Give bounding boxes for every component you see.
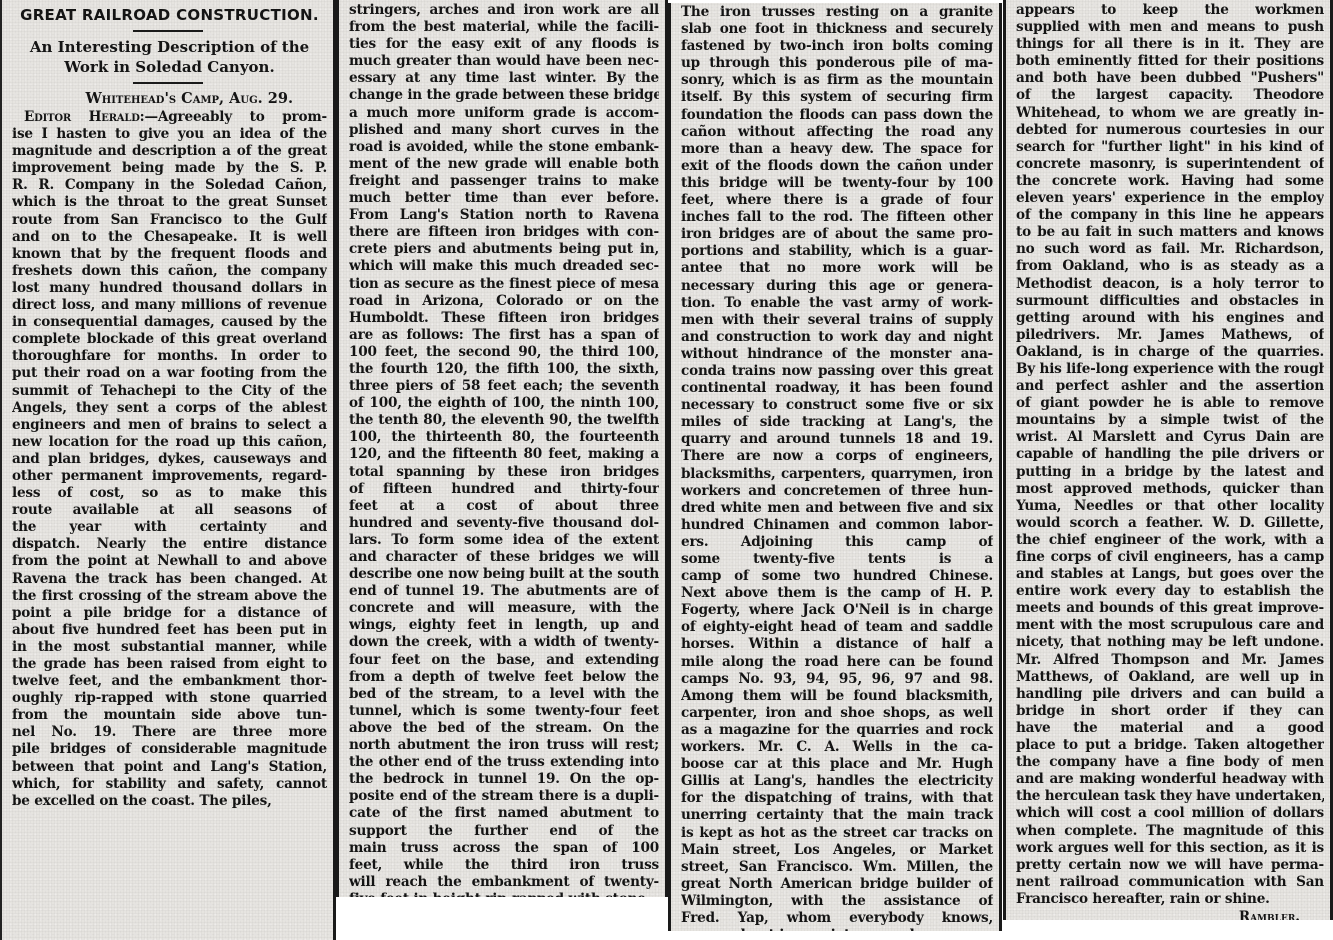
text-line: supplied with men and means to push: [1016, 19, 1324, 36]
text-line: be excelled on the coast. The piles,: [12, 793, 327, 810]
text-line: ise I hasten to give you an idea of the: [12, 126, 327, 143]
text-line: workers and concretemen of three hun-: [681, 483, 993, 500]
text-line: up through this ponderous pile of ma-: [681, 55, 993, 72]
text-line: much greater than would have been nec-: [349, 53, 659, 70]
text-line: this bridge will be twenty-four by 100: [681, 175, 993, 192]
text-line: nicety, that nothing may be left undone.: [1016, 634, 1324, 651]
text-line: which, for stability and safety, cannot: [12, 776, 327, 793]
text-line: oughly rip-rapped with stone quarried: [12, 690, 327, 707]
text-line: freshets down this cañon, the company: [12, 263, 327, 280]
text-line: three piers of 58 feet each; the seventh: [349, 378, 659, 395]
text-line: the other end of the truss extending int…: [349, 754, 659, 771]
column-1-text: Editor Herald:—Agreeably to prom- ise I …: [2, 109, 333, 810]
text-line: Fogerty, where Jack O'Neil is in charge: [681, 602, 993, 619]
text-line: hundred Chinamen and common labor-: [681, 517, 993, 534]
text-line: from the mountain side above tun-: [12, 707, 327, 724]
text-line: moves about in a quiet way and: [681, 927, 993, 931]
text-line: sonry, which is as firm as the mountain: [681, 72, 993, 89]
column-3-text: The iron trusses resting on a granitesla…: [671, 3, 999, 931]
text-line: lars. To form some idea of the extent: [349, 532, 659, 549]
text-line: work argues well for this section, as it…: [1016, 840, 1324, 857]
text-line: getting around with his engines and: [1016, 310, 1324, 327]
text-line: would scorch a feather. W. D. Gillette,: [1016, 515, 1324, 532]
text-line: Gillis at Lang's, handles the electricit…: [681, 773, 993, 790]
text-line: There are now a corps of engineers,: [681, 448, 993, 465]
text-line: engineers and men of brains to select a: [12, 417, 327, 434]
text-line: entire work every day to establish the: [1016, 583, 1324, 600]
text-line: a much more uniform grade is accom-: [349, 105, 659, 122]
text-line: putting in a bridge by the latest and: [1016, 464, 1324, 481]
text-line: complete blockade of this great overland: [12, 331, 327, 348]
text-line: stringers, arches and iron work are all: [349, 2, 659, 19]
text-line: tunnel, which is some twenty-four feet: [349, 703, 659, 720]
text-line: From Lang's Station north to Ravena: [349, 207, 659, 224]
text-line: pile bridges of considerable magnitude: [12, 741, 327, 758]
subheadline-line-1: An Interesting Description of the: [12, 37, 327, 57]
text-line: street, San Francisco. Wm. Millen, the: [681, 859, 993, 876]
text-line: main truss across the span of 100: [349, 840, 659, 857]
text-line: road in Arizona, Colorado or on the: [349, 293, 659, 310]
article-column-1: GREAT RAILROAD CONSTRUCTION. An Interest…: [0, 0, 336, 940]
text-line: in the most substantial manner, while: [12, 639, 327, 656]
text-line: have the material and a good: [1016, 720, 1324, 737]
text-line: about five hundred feet has been put in: [12, 622, 327, 639]
text-line: The iron trusses resting on a granite: [681, 4, 993, 21]
text-line: which is the throat to the great Sunset: [12, 194, 327, 211]
text-line: unerring certainty that the main track: [681, 807, 993, 824]
text-line: summit of Tehachepi to the City of the: [12, 383, 327, 400]
text-line: iron bridges are of about the same pro-: [681, 226, 993, 243]
text-line: nel No. 19. There are three more: [12, 724, 327, 741]
text-line: surmount difficulties and obstacles in: [1016, 293, 1324, 310]
text-line: known that by the frequent floods and: [12, 246, 327, 263]
text-line: twelve feet, and the embankment thor-: [12, 673, 327, 690]
text-line: from a depth of twelve feet below the: [349, 669, 659, 686]
subheadline-divider: [133, 82, 203, 84]
text-line: from Oakland, who is as steady as a: [1016, 258, 1324, 275]
text-line: men with their several trains of supply: [681, 312, 993, 329]
text-line: end of tunnel 19. The abutments are of: [349, 583, 659, 600]
text-line: and perfect ashler and the assertion: [1016, 378, 1324, 395]
text-line: some twenty-five tents is a: [681, 551, 993, 568]
text-line: ers. Adjoining this camp of: [681, 534, 993, 551]
text-line: of giant powder he is able to remove: [1016, 395, 1324, 412]
text-line: as a magazine for the quarries and rock: [681, 722, 993, 739]
text-line: necessary during this age or genera-: [681, 278, 993, 295]
text-line: portions and stability, which is a guar-: [681, 243, 993, 260]
text-line: Main street, Los Angeles, or Market: [681, 842, 993, 859]
text-line: R. R. Company in the Soledad Cañon,: [12, 177, 327, 194]
text-line: more than a heavy dew. The space for: [681, 141, 993, 158]
text-line: Editor Herald:—Agreeably to prom-: [12, 109, 327, 126]
text-line: bridge in short order if they can: [1016, 703, 1324, 720]
text-line: describe one now being built at the sout…: [349, 566, 659, 583]
text-line: the year with certainty and: [12, 519, 327, 536]
text-line: point a pile bridge for a distance of: [12, 605, 327, 622]
column-2-text: stringers, arches and iron work are allf…: [339, 0, 665, 897]
text-line: north abutment the iron truss will rest;: [349, 737, 659, 754]
text-line: are as follows: The first has a span of: [349, 327, 659, 344]
text-line: and are making wonderful headway with: [1016, 771, 1324, 788]
text-line: Methodist deacon, is a holy terror to: [1016, 276, 1324, 293]
text-line: appears to keep the workmen: [1016, 2, 1324, 19]
text-line: blacksmiths, carpenters, quarrymen, iron: [681, 466, 993, 483]
text-line: dispatch. Nearly the entire distance: [12, 536, 327, 553]
text-line: horses. Within a distance of half a: [681, 636, 993, 653]
text-line: the chief engineer of the work, with a: [1016, 532, 1324, 549]
text-line: to be au fait in such matters and knows: [1016, 224, 1324, 241]
text-line: for the dispatching of trains, with that: [681, 790, 993, 807]
text-line: and on to the Chesapeake. It is well: [12, 229, 327, 246]
text-line: total spanning by these iron bridges: [349, 464, 659, 481]
text-line: concrete and will measure, with the: [349, 600, 659, 617]
text-line: put their road on a war footing from the: [12, 365, 327, 382]
text-line: slab one foot in thickness and securely: [681, 21, 993, 38]
text-line: 120, and the fifteenth 80 feet, making a: [349, 446, 659, 463]
text-line: fastened by two-inch iron bolts coming: [681, 38, 993, 55]
text-line: five feet in height rip-rapped with ston…: [349, 891, 659, 897]
text-line: search for "further light" in his kind o…: [1016, 139, 1324, 156]
text-line: is kept as hot as the street car tracks …: [681, 825, 993, 842]
text-line: when complete. The magnitude of this: [1016, 823, 1324, 840]
text-line: the fourth 120, the fifth 100, the sixth…: [349, 361, 659, 378]
text-line: support the further end of the: [349, 823, 659, 840]
text-line: Mr. Alfred Thompson and Mr. James: [1016, 652, 1324, 669]
text-line: exit of the floods down the cañon under: [681, 158, 993, 175]
text-line: foundation the floods can pass down the: [681, 107, 993, 124]
text-line: Humboldt. These fifteen iron bridges: [349, 310, 659, 327]
text-line: tion. To enable the vast army of work-: [681, 295, 993, 312]
text-line: carpenter, iron and shoe shops, as well: [681, 705, 993, 722]
text-line: concrete masonry, is superintendent of: [1016, 156, 1324, 173]
text-line: workers. Mr. C. A. Wells in the ca-: [681, 739, 993, 756]
text-line: feet at a cost of about three: [349, 498, 659, 515]
text-line: meets and bounds of this great improve-: [1016, 600, 1324, 617]
text-line: between that point and Lang's Station,: [12, 759, 327, 776]
text-line: much better time than ever before.: [349, 190, 659, 207]
text-line: hundred and seventy-five thousand dol-: [349, 515, 659, 532]
text-line: great North American bridge builder of: [681, 876, 993, 893]
text-line: capable of handling the pile drivers or: [1016, 446, 1324, 463]
text-line: fine corps of civil engineers, has a cam…: [1016, 549, 1324, 566]
article-headline: GREAT RAILROAD CONSTRUCTION.: [12, 0, 327, 24]
text-line: freight and passenger trains to make: [349, 173, 659, 190]
text-line: Fred. Yap, whom everybody knows,: [681, 910, 993, 927]
text-line: camp of some two hundred Chinese.: [681, 568, 993, 585]
dateline: Whitehead's Camp, Aug. 29.: [2, 89, 333, 109]
text-line: Matthews, of Oakland, are well up in: [1016, 669, 1324, 686]
text-line: the concrete work. Having had some: [1016, 173, 1324, 190]
text-line: new location for the road up this cañon,: [12, 434, 327, 451]
text-line: posite end of the stream there is a dupl…: [349, 788, 659, 805]
text-line: in consequential damages, caused by the: [12, 314, 327, 331]
article-column-3: The iron trusses resting on a granitesla…: [668, 3, 1002, 931]
text-line: lost many hundred thousand dollars in: [12, 280, 327, 297]
article-column-4: appears to keep the workmensupplied with…: [1003, 0, 1333, 920]
text-line: continental roadway, it has been found: [681, 380, 993, 397]
text-line: plished and many short curves in the: [349, 122, 659, 139]
text-line: place to put a bridge. Taken altogether: [1016, 737, 1324, 754]
text-line: pretty certain now we will have perma-: [1016, 857, 1324, 874]
text-line: cañon without affecting the road any: [681, 124, 993, 141]
text-line: Whitehead, to whom we are greatly in-: [1016, 105, 1324, 122]
text-line: feet, where there is a grade of four: [681, 192, 993, 209]
text-line: and stables at Langs, but goes over the: [1016, 566, 1324, 583]
text-line: both eminently fitted for their position…: [1016, 53, 1324, 70]
text-line: ment of the new grade will enable both: [349, 156, 659, 173]
text-line: route available at all seasons of: [12, 502, 327, 519]
text-line: will reach the embankment of twenty-: [349, 874, 659, 891]
article-signature: Rambler.: [1006, 908, 1330, 920]
text-line: Yuma, Needles or that other locality: [1016, 498, 1324, 515]
text-line: camps No. 93, 94, 95, 96, 97 and 98.: [681, 671, 993, 688]
text-line: magnitude and description a of the great: [12, 143, 327, 160]
text-line: improvement being made by the S. P.: [12, 160, 327, 177]
text-line: the herculean task they have undertaken,: [1016, 788, 1324, 805]
text-line: there are fifteen iron bridges with con-: [349, 224, 659, 241]
text-line: the company have a fine body of men: [1016, 754, 1324, 771]
text-line: road is avoided, while the stone embank-: [349, 139, 659, 156]
text-line: Francisco hereafter, rain or shine.: [1016, 891, 1324, 908]
salutation: Editor Herald:: [24, 109, 144, 125]
text-line: quarry and around tunnels 18 and 19.: [681, 431, 993, 448]
text-line: Oakland, is in charge of the quarries.: [1016, 344, 1324, 361]
text-line: essary at any time last winter. By the: [349, 70, 659, 87]
text-line: bed of the stream, to a level with the: [349, 686, 659, 703]
column-4-text: appears to keep the workmensupplied with…: [1006, 0, 1330, 908]
text-line: down the creek, with a width of twenty-: [349, 634, 659, 651]
text-line: handling pile drivers and can build a: [1016, 686, 1324, 703]
text-line: wrist. Al Marslett and Cyrus Dain are: [1016, 429, 1324, 446]
text-line: direct loss, and many millions of revenu…: [12, 297, 327, 314]
text-line: without hindrance of the monster ana-: [681, 346, 993, 363]
text-line: feet, while the third iron truss: [349, 857, 659, 874]
text-line: of fifteen hundred and thirty-four: [349, 481, 659, 498]
text-line: the tenth 80, the eleventh 90, the twelf…: [349, 412, 659, 429]
text-line: which will cost a cool million of dollar…: [1016, 805, 1324, 822]
text-line: mountains by a simple twist of the: [1016, 412, 1324, 429]
text-line: other permanent improvements, regard-: [12, 468, 327, 485]
text-line: four feet on the base, and extending: [349, 652, 659, 669]
text-line: which will make this much dreaded sec-: [349, 258, 659, 275]
text-line: boose car at this place and Mr. Hugh: [681, 756, 993, 773]
text-line: route from San Francisco to the Gulf: [12, 212, 327, 229]
headline-divider: [133, 30, 203, 32]
text-line: most approved methods, quicker than: [1016, 481, 1324, 498]
article-column-2: stringers, arches and iron work are allf…: [336, 0, 668, 897]
text-line: 100, the thirteenth 80, the fourteenth: [349, 429, 659, 446]
text-line: and character of these bridges we will: [349, 549, 659, 566]
text-line: itself. By this system of securing firm: [681, 89, 993, 106]
text-line: antee that no more work will be: [681, 260, 993, 277]
text-line: eleven years' experience in the employ: [1016, 190, 1324, 207]
text-line: and plan bridges, dykes, causeways and: [12, 451, 327, 468]
text-line: By his life-long experience with the rou…: [1016, 361, 1324, 378]
text-line: the bedrock in tunnel 19. On the op-: [349, 771, 659, 788]
text-line: conda trains now passing over this great: [681, 363, 993, 380]
text-line: Among them will be found blacksmith,: [681, 688, 993, 705]
text-line: things for all there is in it. They are: [1016, 36, 1324, 53]
text-line: the first crossing of the stream above t…: [12, 588, 327, 605]
text-line: Ravena the track has been changed. At: [12, 571, 327, 588]
text-line: and construction to work day and night: [681, 329, 993, 346]
text-line: necessary to construct some five or six: [681, 397, 993, 414]
text-line: Wilmington, with the assistance of: [681, 893, 993, 910]
text-line: 100 feet, the second 90, the third 100,: [349, 344, 659, 361]
text-line: the grade has been raised from eight to: [12, 656, 327, 673]
text-line: ties for the easy exit of any floods is: [349, 36, 659, 53]
text-line: of the company in this line he appears: [1016, 207, 1324, 224]
text-line: of 100, the eighth of 100, the ninth 100…: [349, 395, 659, 412]
article-subheadline: An Interesting Description of the Work i…: [12, 37, 327, 77]
text-line: of the largest capacity. Theodore: [1016, 87, 1324, 104]
text-line: crete piers and abutments being put in,: [349, 241, 659, 258]
text-line: cate of the first named abutment to: [349, 805, 659, 822]
text-line: Angels, they sent a corps of the ablest: [12, 400, 327, 417]
text-line: ment with the most scrupulous care and: [1016, 617, 1324, 634]
text-line: mile along the road here can be found: [681, 654, 993, 671]
text-line: Next above them is the camp of H. P.: [681, 585, 993, 602]
text-line: of eighty-eight head of team and saddle: [681, 619, 993, 636]
text-line: change in the grade between these bridge…: [349, 87, 659, 104]
text-line: tion as secure as the finest piece of me…: [349, 276, 659, 293]
text-line: and both have been dubbed "Pushers": [1016, 70, 1324, 87]
text-line: wings, eighty feet in length, up and: [349, 617, 659, 634]
text-line: less of cost, so as to make this: [12, 485, 327, 502]
text-line: debted for numerous courtesies in our: [1016, 122, 1324, 139]
text-line: nent railroad communication with San: [1016, 874, 1324, 891]
text-line: inches fall to the rod. The fifteen othe…: [681, 209, 993, 226]
text-line: miles of side tracking at Lang's, the: [681, 414, 993, 431]
text-line: piledrivers. Mr. James Mathews, of: [1016, 327, 1324, 344]
text-line: thoroughfare for months. In order to: [12, 348, 327, 365]
text-line: from the best material, while the facili…: [349, 19, 659, 36]
text-line: dred white men and between five and six: [681, 500, 993, 517]
text-line: no such word as fail. Mr. Richardson,: [1016, 241, 1324, 258]
text-line: above the bed of the stream. On the: [349, 720, 659, 737]
subheadline-line-2: Work in Soledad Canyon.: [12, 57, 327, 77]
text-line: from the point at Newhall to and above: [12, 553, 327, 570]
